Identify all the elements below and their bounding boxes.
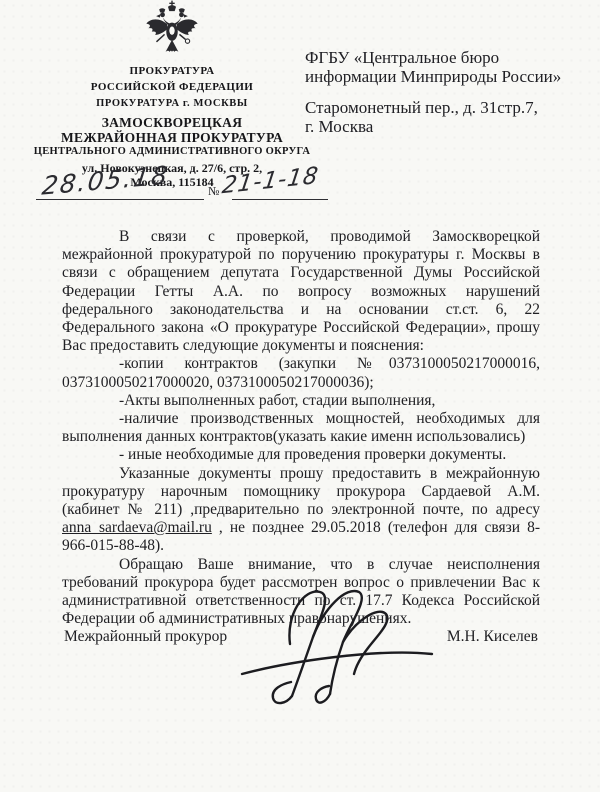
number-sign: № (208, 184, 219, 199)
date-underline (36, 199, 204, 200)
coat-of-arms-eagle-icon (28, 0, 316, 62)
paragraph-intro: В связи с проверкой, проводимой Замоскво… (62, 228, 540, 355)
signer-role: Межрайонный прокурор (64, 628, 227, 646)
letterhead: ПРОКУРАТУРА РОССИЙСКОЙ ФЕДЕРАЦИИ ПРОКУРА… (28, 0, 316, 189)
scanned-prosecutor-letter: ПРОКУРАТУРА РОССИЙСКОЙ ФЕДЕРАЦИИ ПРОКУРА… (0, 0, 600, 792)
recipient-name-line1: ФГБУ «Центральное бюро (305, 48, 587, 67)
issuer-division-line1: ЗАМОСКВОРЕЦКАЯ (28, 116, 316, 131)
recipient-address-line1: Старомонетный пер., д. 31стр.7, (305, 98, 587, 117)
handwritten-number: 21-1-18 (220, 163, 320, 200)
delivery-text-before-email: Указанные документы прошу предоставить в… (62, 465, 540, 518)
signer-name: М.Н. Киселев (447, 628, 538, 646)
issuer-org-line1: ПРОКУРАТУРА (28, 65, 316, 78)
reference-line: 28.05.18 № 21-1-18 (36, 168, 336, 210)
paragraph-delivery: Указанные документы прошу предоставить в… (62, 465, 540, 556)
issuer-division-line2: МЕЖРАЙОННАЯ ПРОКУРАТУРА (28, 131, 316, 146)
issuer-district: ЦЕНТРАЛЬНОГО АДМИНИСТРАТИВНОГО ОКРУГА (28, 146, 316, 158)
list-item-capacity: -наличие производственных мощностей, нео… (62, 410, 540, 446)
list-item-other: - иные необходимые для проведения провер… (62, 446, 540, 464)
recipient-address-line2: г. Москва (305, 117, 587, 136)
list-item-copies: -копии контрактов (закупки №037310005021… (62, 355, 540, 391)
email-address: anna_sardaeva@mail.ru (62, 519, 212, 536)
signature-row: Межрайонный прокурор М.Н. Киселев (64, 628, 538, 646)
recipient-name-line2: информации Минприроды России» (305, 67, 587, 86)
issuer-city-office: ПРОКУРАТУРА г. МОСКВЫ (28, 98, 316, 110)
signature-scribble (232, 582, 442, 715)
number-underline (232, 199, 328, 200)
list-item-acts: -Акты выполненных работ, стадии выполнен… (62, 392, 540, 410)
letter-body: В связи с проверкой, проводимой Замоскво… (62, 228, 540, 628)
issuer-org-line2: РОССИЙСКОЙ ФЕДЕРАЦИИ (28, 81, 316, 94)
recipient-block: ФГБУ «Центральное бюро информации Минпри… (305, 48, 587, 136)
